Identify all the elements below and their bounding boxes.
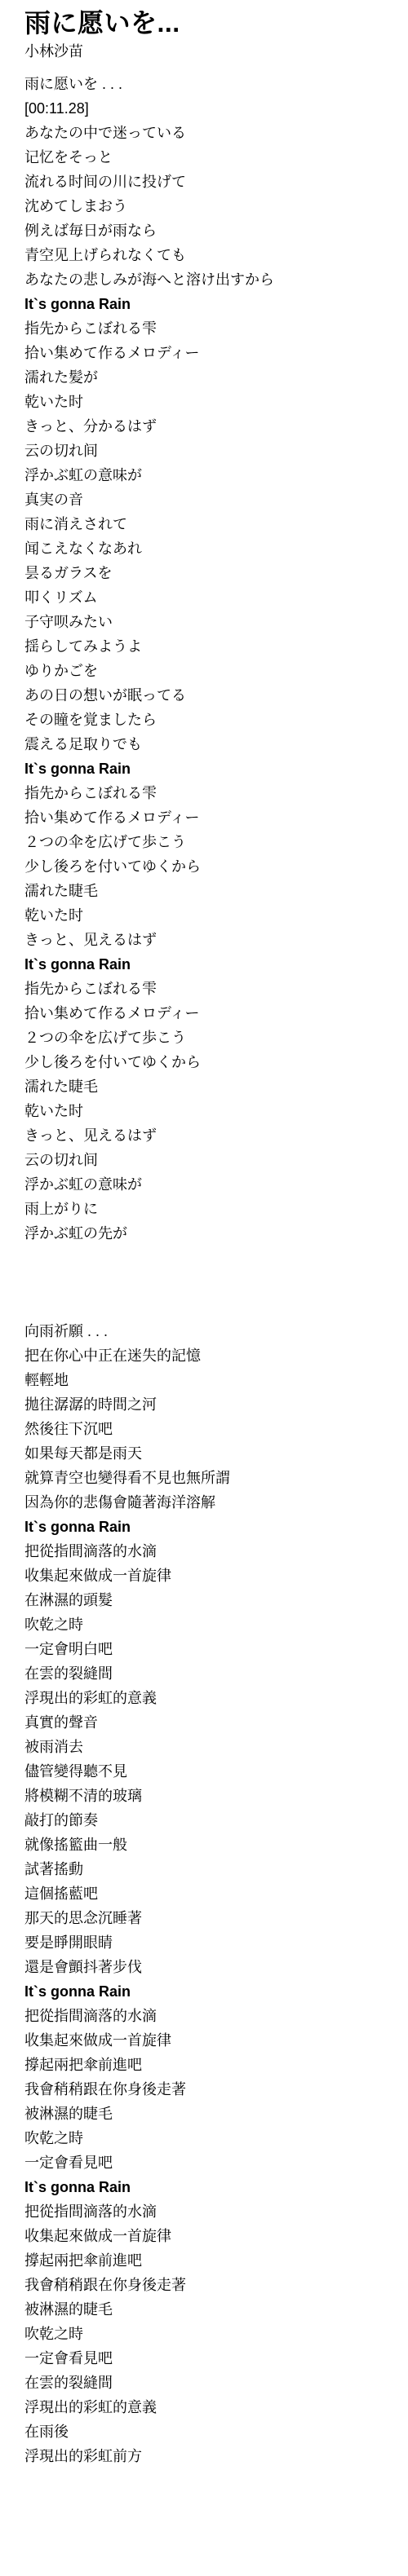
lyric-line: 少し後ろを付いてゆくから xyxy=(24,1050,392,1074)
lyric-line: 收集起來做成一首旋律 xyxy=(24,2224,392,2248)
lyric-line: 指先からこぼれる雫 xyxy=(24,316,392,341)
lyric-line: 拋往潺潺的時間之河 xyxy=(24,1392,392,1417)
lyric-line: 雨に消えされて xyxy=(24,512,392,536)
lyric-line: 浮かぶ虹の意味が xyxy=(24,1172,392,1197)
lyric-line: 少し後ろを付いてゆくから xyxy=(24,854,392,879)
lyric-line: 云の切れ间 xyxy=(24,1148,392,1172)
lyric-line: 儘管變得聽不見 xyxy=(24,1759,392,1784)
lyric-line: 因為你的悲傷會隨著海洋溶解 xyxy=(24,1490,392,1515)
lyric-line: 那天的思念沉睡著 xyxy=(24,1906,392,1930)
lyric-line: It`s gonna Rain xyxy=(24,292,392,316)
lyric-line: 浮現出的彩虹的意義 xyxy=(24,1686,392,1710)
lyric-line: 云の切れ间 xyxy=(24,439,392,463)
lyric-line: きっと、见えるはず xyxy=(24,1123,392,1148)
lyric-line: 如果每天都是雨天 xyxy=(24,1441,392,1466)
lyric-line: 把從指間滴落的水滴 xyxy=(24,2199,392,2224)
lyric-line: 試著搖動 xyxy=(24,1857,392,1881)
lyric-line: 真実の音 xyxy=(24,487,392,512)
lyric-line: 记忆をそっと xyxy=(24,145,392,170)
lyric-line: 昙るガラスを xyxy=(24,561,392,585)
lyric-line: 浮現出的彩虹前方 xyxy=(24,2444,392,2468)
lyric-line: 浮かぶ虹の先が xyxy=(24,1221,392,1246)
lyric-line: 撐起兩把傘前進吧 xyxy=(24,2248,392,2273)
lyric-line: 震える足取りでも xyxy=(24,732,392,756)
lyric-line: 指先からこぼれる雫 xyxy=(24,781,392,805)
lyric-line: 吹乾之時 xyxy=(24,1612,392,1637)
song-title: 雨に愿いを... xyxy=(24,7,392,39)
japanese-lyrics-block: 雨に愿いを . . .[00:11.28]あなたの中で迷っている记忆をそっと流れ… xyxy=(24,72,392,1246)
lyric-line: 吹乾之時 xyxy=(24,2322,392,2346)
lyric-line: 撐起兩把傘前進吧 xyxy=(24,2053,392,2077)
lyric-line: 青空见上げられなくても xyxy=(24,243,392,267)
lyric-line: 子守呗みたい xyxy=(24,610,392,634)
lyric-line: 叩くリズム xyxy=(24,585,392,610)
lyric-line: ２つの伞を広げて歩こう xyxy=(24,830,392,854)
lyric-line: 吹乾之時 xyxy=(24,2126,392,2150)
lyric-line: 收集起來做成一首旋律 xyxy=(24,1564,392,1588)
lyric-line: 浮現出的彩虹的意義 xyxy=(24,2395,392,2419)
lyric-line: 我會稍稍跟在你身後走著 xyxy=(24,2273,392,2297)
lyric-line: 要是睜開眼睛 xyxy=(24,1930,392,1955)
lyric-line: あなたの悲しみが海へと溶け出すから xyxy=(24,267,392,292)
lyric-line: 乾いた时 xyxy=(24,390,392,414)
lyric-line: 將模糊不清的玻璃 xyxy=(24,1784,392,1808)
lyric-line: 一定會看見吧 xyxy=(24,2150,392,2175)
lyric-line: 在雲的裂縫間 xyxy=(24,2371,392,2395)
lyric-line: 例えば毎日が雨なら xyxy=(24,218,392,243)
lyric-line: 真實的聲音 xyxy=(24,1710,392,1735)
artist-name: 小林沙苗 xyxy=(24,39,392,64)
lyric-line: 把從指間滴落的水滴 xyxy=(24,1539,392,1564)
lyric-line: 沈めてしまおう xyxy=(24,194,392,218)
lyric-line: 雨に愿いを . . . xyxy=(24,72,392,96)
lyric-line: It`s gonna Rain xyxy=(24,2175,392,2199)
lyric-line: 闻こえなくなあれ xyxy=(24,536,392,561)
lyric-line: 被淋濕的睫毛 xyxy=(24,2102,392,2126)
lyric-line: 把在你心中正在迷失的記憶 xyxy=(24,1343,392,1368)
lyric-line: 在雲的裂縫間 xyxy=(24,1661,392,1686)
lyric-line: あの日の想いが眠ってる xyxy=(24,683,392,708)
lyric-line: ゆりかごを xyxy=(24,659,392,683)
lyric-line: 敲打的節奏 xyxy=(24,1808,392,1833)
lyric-line: 被雨消去 xyxy=(24,1735,392,1759)
lyric-line: It`s gonna Rain xyxy=(24,1979,392,2004)
lyric-line: 一定會明白吧 xyxy=(24,1637,392,1661)
lyric-line: きっと、见えるはず xyxy=(24,928,392,952)
lyric-line: 拾い集めて作るメロディー xyxy=(24,341,392,365)
lyric-line: 輕輕地 xyxy=(24,1368,392,1392)
lyric-line: 收集起來做成一首旋律 xyxy=(24,2028,392,2053)
lyric-line: 就算青空也變得看不見也無所謂 xyxy=(24,1466,392,1490)
lyric-line: It`s gonna Rain xyxy=(24,756,392,781)
lyric-line: 在淋濕的頭髮 xyxy=(24,1588,392,1612)
lyric-line: 浮かぶ虹の意味が xyxy=(24,463,392,487)
lyric-line: 濡れた髪が xyxy=(24,365,392,390)
lyric-line: その瞳を覚ましたら xyxy=(24,708,392,732)
lyric-line: [00:11.28] xyxy=(24,96,392,121)
lyric-line: 然後往下沉吧 xyxy=(24,1417,392,1441)
lyric-line: 乾いた时 xyxy=(24,903,392,928)
lyric-line: 乾いた时 xyxy=(24,1099,392,1123)
lyric-line: 就像搖籃曲一般 xyxy=(24,1833,392,1857)
lyric-line: 還是會顫抖著步伐 xyxy=(24,1955,392,1979)
lyric-line: 把從指間滴落的水滴 xyxy=(24,2004,392,2028)
chinese-translation-block: 向雨祈願 . . .把在你心中正在迷失的記憶輕輕地拋往潺潺的時間之河然後往下沉吧… xyxy=(24,1319,392,2468)
lyric-line: 拾い集めて作るメロディー xyxy=(24,1001,392,1026)
lyric-line: きっと、分かるはず xyxy=(24,414,392,439)
lyrics-page: 雨に愿いを... 小林沙苗 雨に愿いを . . .[00:11.28]あなたの中… xyxy=(0,0,408,2576)
lyric-line: ２つの伞を広げて歩こう xyxy=(24,1026,392,1050)
lyric-line: 指先からこぼれる雫 xyxy=(24,977,392,1001)
lyric-line: It`s gonna Rain xyxy=(24,952,392,977)
lyric-line: 揺らしてみようよ xyxy=(24,634,392,659)
lyric-line: 濡れた睫毛 xyxy=(24,1074,392,1099)
lyric-line: 這個搖藍吧 xyxy=(24,1881,392,1906)
lyric-line: 我會稍稍跟在你身後走著 xyxy=(24,2077,392,2102)
lyric-line: 一定會看見吧 xyxy=(24,2346,392,2371)
lyric-line: 拾い集めて作るメロディー xyxy=(24,805,392,830)
lyric-line: 被淋濕的睫毛 xyxy=(24,2297,392,2322)
lyric-line: 向雨祈願 . . . xyxy=(24,1319,392,1343)
lyric-line: 流れる时间の川に投げて xyxy=(24,170,392,194)
lyric-line: 雨上がりに xyxy=(24,1197,392,1221)
lyric-line: あなたの中で迷っている xyxy=(24,121,392,145)
lyric-line: It`s gonna Rain xyxy=(24,1515,392,1539)
lyric-line: 在雨後 xyxy=(24,2419,392,2444)
lyric-line: 濡れた睫毛 xyxy=(24,879,392,903)
